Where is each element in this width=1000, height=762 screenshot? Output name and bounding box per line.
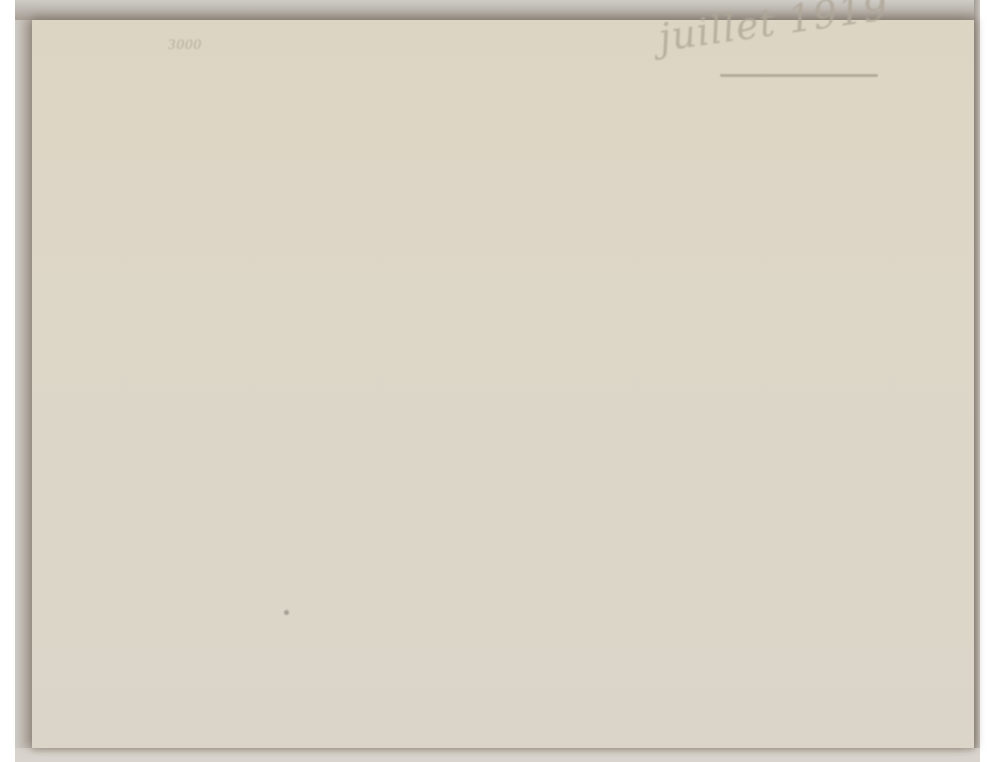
card-edge-shadow-right — [974, 0, 980, 762]
paper-speck — [284, 610, 289, 615]
pencil-inventory-number: 3000 — [168, 37, 202, 54]
background-left-margin — [0, 0, 15, 762]
card-edge-bottom — [15, 748, 980, 762]
photo-card-back — [32, 20, 974, 748]
card-edge-shadow-left — [15, 0, 32, 762]
background-right-margin — [980, 0, 1000, 762]
pencil-underline — [720, 74, 878, 77]
